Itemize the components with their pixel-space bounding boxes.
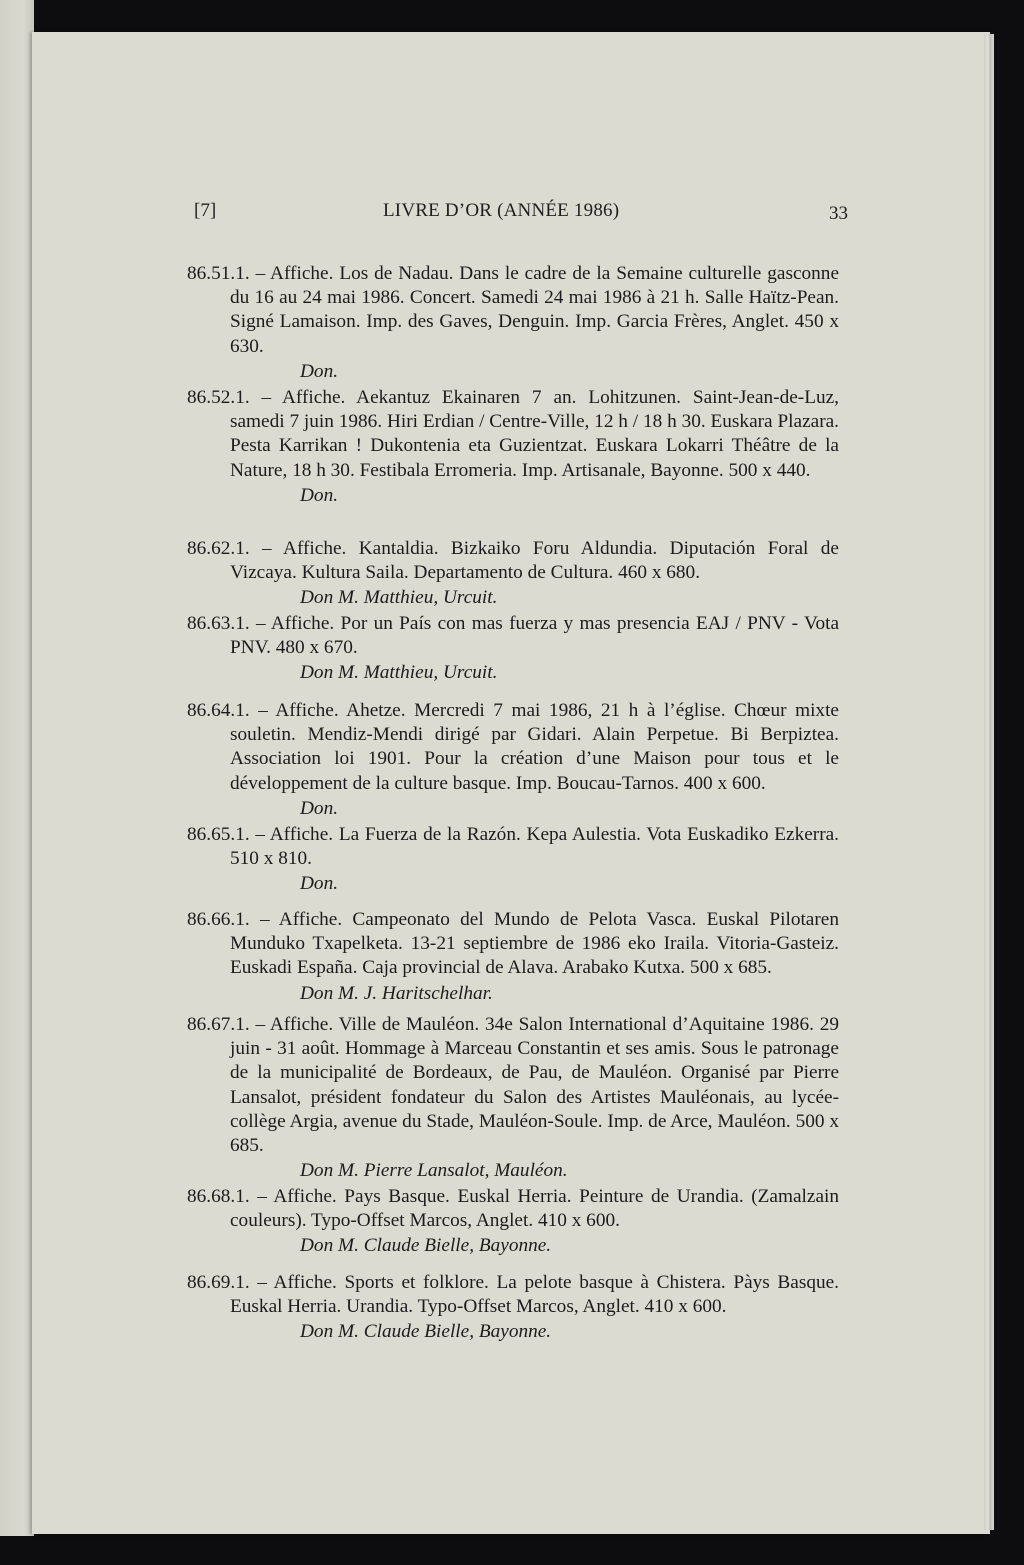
entry-donor: Don M. Pierre Lansalot, Mauléon. xyxy=(187,1159,839,1183)
catalog-entry: 86.66.1. – Affiche. Campeonato del Mundo… xyxy=(187,908,839,1006)
entry-donor: Don. xyxy=(187,484,839,508)
previous-page-edge xyxy=(0,0,34,1536)
entry-text: 86.63.1. – Affiche. Por un País con mas … xyxy=(187,612,839,660)
page-stack-edge xyxy=(984,34,994,1530)
entry-text: 86.68.1. – Affiche. Pays Basque. Euskal … xyxy=(187,1185,839,1233)
entry-text: 86.69.1. – Affiche. Sports et folklore. … xyxy=(187,1271,839,1319)
entry-donor: Don. xyxy=(187,872,839,896)
catalog-entry: 86.67.1. – Affiche. Ville de Mauléon. 34… xyxy=(187,1013,839,1183)
entry-donor: Don M. Claude Bielle, Bayonne. xyxy=(187,1234,839,1258)
entry-text: 86.64.1. – Affiche. Ahetze. Mercredi 7 m… xyxy=(187,699,839,796)
catalog-entry: 86.68.1. – Affiche. Pays Basque. Euskal … xyxy=(187,1185,839,1259)
catalog-entry: 86.62.1. – Affiche. Kantaldia. Bizkaiko … xyxy=(187,537,839,611)
catalog-entry: 86.65.1. – Affiche. La Fuerza de la Razó… xyxy=(187,823,839,897)
running-head-title: LIVRE D’OR (ANNÉE 1986) xyxy=(383,200,619,222)
entry-donor: Don. xyxy=(187,797,839,821)
entry-donor: Don M. Claude Bielle, Bayonne. xyxy=(187,1320,839,1344)
catalog-entry: 86.51.1. – Affiche. Los de Nadau. Dans l… xyxy=(187,262,839,384)
catalog-entry: 86.52.1. – Affiche. Aekantuz Ekainaren 7… xyxy=(187,386,839,508)
page-number: 33 xyxy=(829,203,848,225)
entry-text: 86.65.1. – Affiche. La Fuerza de la Razó… xyxy=(187,823,839,871)
entry-donor: Don M. Matthieu, Urcuit. xyxy=(187,661,839,685)
entry-donor: Don. xyxy=(187,360,839,384)
section-marker: [7] xyxy=(194,200,216,222)
entry-donor: Don M. J. Haritschelhar. xyxy=(187,982,839,1006)
entry-text: 86.62.1. – Affiche. Kantaldia. Bizkaiko … xyxy=(187,537,839,585)
entry-text: 86.67.1. – Affiche. Ville de Mauléon. 34… xyxy=(187,1013,839,1158)
catalog-entry: 86.63.1. – Affiche. Por un País con mas … xyxy=(187,612,839,686)
catalog-entry: 86.64.1. – Affiche. Ahetze. Mercredi 7 m… xyxy=(187,699,839,821)
catalog-entry: 86.69.1. – Affiche. Sports et folklore. … xyxy=(187,1271,839,1345)
entry-donor: Don M. Matthieu, Urcuit. xyxy=(187,586,839,610)
entry-text: 86.66.1. – Affiche. Campeonato del Mundo… xyxy=(187,908,839,981)
entry-text: 86.52.1. – Affiche. Aekantuz Ekainaren 7… xyxy=(187,386,839,483)
entry-text: 86.51.1. – Affiche. Los de Nadau. Dans l… xyxy=(187,262,839,359)
